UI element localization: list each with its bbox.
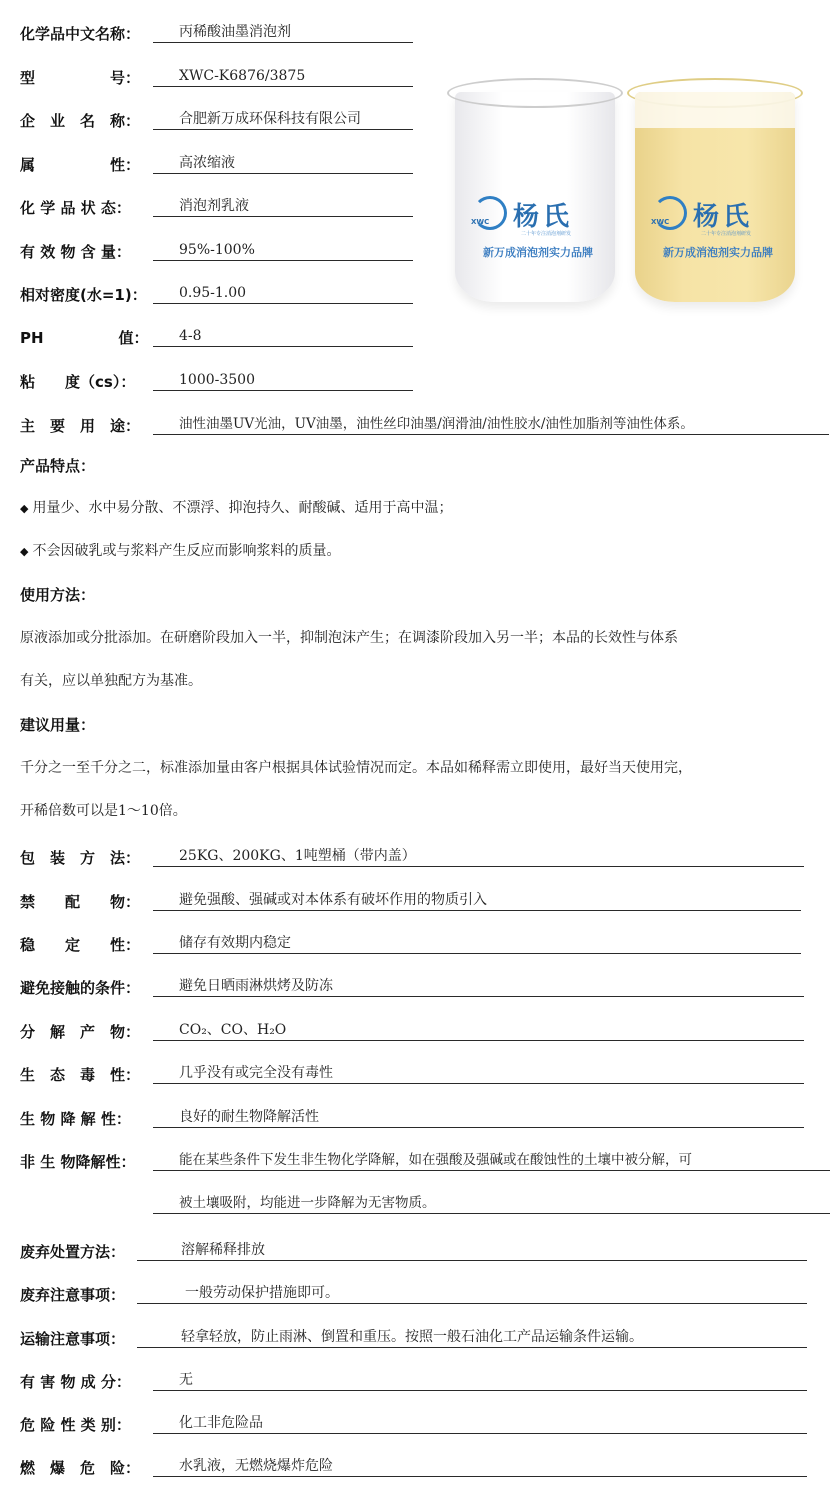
spec-label: 有 效 物 含 量： — [20, 242, 131, 262]
usage-line: 有关，应以单独配方为基准。 — [20, 670, 202, 690]
spec-value: 丙稀酸油墨消泡剂 — [153, 22, 413, 43]
spec-value: 消泡剂乳液 — [153, 196, 413, 217]
spec-value: 溶解稀释排放 — [137, 1240, 807, 1261]
spec-row-eco-toxicity: 生 态 毒 性： 几乎没有或完全没有毒性 — [20, 1055, 140, 1085]
dosage-line: 千分之一至千分之二，标准添加量由客户根据具体试验情况而定。本品如稀释需立即使用，… — [20, 757, 692, 777]
spec-value: 0.95-1.00 — [153, 283, 413, 304]
spec-row-disposal-notes: 废弃注意事项： 一般劳动保护措施即可。 — [20, 1275, 125, 1305]
spec-label: 废弃注意事项： — [20, 1285, 125, 1305]
usage-line: 原液添加或分批添加。在研磨阶段加入一半，抑制泡沫产生；在调漆阶段加入另一半；本品… — [20, 627, 678, 647]
dosage-heading: 建议用量： — [20, 714, 95, 735]
product-image: XWC 杨氏 二十年专注消泡剂研发 新万成消泡剂实力品牌 XWC 杨氏 二十年专… — [445, 70, 815, 320]
spec-label: 运输注意事项： — [20, 1329, 125, 1349]
spec-label: PH 值： — [20, 328, 149, 348]
spec-row-hazardous-components: 有 害 物 成 分： 无 — [20, 1362, 131, 1392]
spec-value: 油性油墨UV光油，UV油墨，油性丝印油墨/润滑油/油性胶水/油性加脂剂等油性体系… — [153, 414, 829, 435]
brand-name: 杨氏 — [693, 196, 753, 233]
logo-text: XWC — [651, 218, 669, 226]
spec-label: 主 要 用 途： — [20, 416, 140, 436]
spec-value: 一般劳动保护措施即可。 — [137, 1283, 807, 1304]
brand-name: 杨氏 — [513, 196, 573, 233]
brand-tagline: 二十年专注消泡剂研发 — [521, 230, 571, 237]
spec-value: 避免日晒雨淋烘烤及防冻 — [153, 976, 804, 997]
feature-item: 不会因破乳或与浆料产生反应而影响浆料的质量。 — [20, 540, 340, 560]
spec-value: 化工非危险品 — [153, 1413, 807, 1434]
spec-label: 危 险 性 类 别： — [20, 1415, 131, 1435]
spec-label: 废弃处置方法： — [20, 1242, 125, 1262]
dosage-line: 开稀倍数可以是1～10倍。 — [20, 800, 187, 820]
spec-row-model: 型 号： XWC-K6876/3875 — [20, 58, 140, 88]
beaker-rim — [447, 78, 623, 108]
spec-row-viscosity: 粘 度（cs）： 1000-3500 — [20, 362, 135, 392]
spec-label: 属 性： — [20, 155, 140, 175]
spec-row-non-biodegradability: 非 生 物降解性： 能在某些条件下发生非生物化学降解，如在强酸及强碱或在酸蚀性的… — [20, 1142, 135, 1172]
spec-label: 包 装 方 法： — [20, 848, 140, 868]
spec-row-company: 企 业 名 称： 合肥新万成环保科技有限公司 — [20, 101, 140, 131]
spec-row-avoid-conditions: 避免接触的条件： 避免日晒雨淋烘烤及防冻 — [20, 968, 140, 998]
brand-slogan: 新万成消泡剂实力品牌 — [471, 244, 605, 260]
spec-label: 生 态 毒 性： — [20, 1065, 140, 1085]
spec-label: 禁 配 物： — [20, 892, 140, 912]
spec-label: 相对密度(水=1)： — [20, 285, 147, 305]
features-heading: 产品特点： — [20, 455, 95, 476]
spec-label: 避免接触的条件： — [20, 978, 140, 998]
spec-row-ph: PH 值： 4-8 — [20, 318, 149, 348]
spec-row-main-use: 主 要 用 途： 油性油墨UV光油，UV油墨，油性丝印油墨/润滑油/油性胶水/油… — [20, 406, 140, 436]
spec-value: 25KG、200KG、1吨塑桶（带内盖） — [153, 846, 804, 867]
spec-value: 避免强酸、强碱或对本体系有破坏作用的物质引入 — [153, 890, 801, 911]
spec-row-fire-explosion: 燃 爆 危 险： 水乳液，无燃烧爆炸危险 — [20, 1448, 140, 1478]
brand-slogan: 新万成消泡剂实力品牌 — [651, 244, 785, 260]
brand-tagline: 二十年专注消泡剂研发 — [701, 230, 751, 237]
spec-row-biodegradability: 生 物 降 解 性： 良好的耐生物降解活性 — [20, 1099, 131, 1129]
spec-value: 合肥新万成环保科技有限公司 — [153, 109, 413, 130]
spec-value: 4-8 — [153, 326, 413, 347]
spec-row-packaging: 包 装 方 法： 25KG、200KG、1吨塑桶（带内盖） — [20, 838, 140, 868]
spec-value: 1000-3500 — [153, 370, 413, 391]
spec-value: XWC-K6876/3875 — [153, 66, 413, 87]
spec-row-stability: 稳 定 性： 储存有效期内稳定 — [20, 925, 140, 955]
spec-value: 良好的耐生物降解活性 — [153, 1107, 804, 1128]
spec-value: 几乎没有或完全没有毒性 — [153, 1063, 804, 1084]
spec-row-active-content: 有 效 物 含 量： 95%-100% — [20, 232, 131, 262]
usage-heading: 使用方法： — [20, 584, 95, 605]
spec-label: 分 解 产 物： — [20, 1022, 140, 1042]
beaker-empty-top — [635, 92, 795, 128]
spec-row-incompatible: 禁 配 物： 避免强酸、强碱或对本体系有破坏作用的物质引入 — [20, 882, 140, 912]
feature-item: 用量少、水中易分散、不漂浮、抑泡持久、耐酸碱、适用于高中温； — [20, 497, 452, 517]
spec-value: 高浓缩液 — [153, 153, 413, 174]
beaker-yellow: XWC 杨氏 二十年专注消泡剂研发 新万成消泡剂实力品牌 — [635, 92, 795, 302]
spec-label: 粘 度（cs）： — [20, 372, 135, 392]
spec-row-hazard-class: 危 险 性 类 别： 化工非危险品 — [20, 1405, 131, 1435]
spec-row-decomposition: 分 解 产 物： CO₂、CO、H₂O — [20, 1012, 140, 1042]
spec-row-density: 相对密度(水=1)： 0.95-1.00 — [20, 275, 147, 305]
spec-row-property: 属 性： 高浓缩液 — [20, 145, 140, 175]
spec-label: 生 物 降 解 性： — [20, 1109, 131, 1129]
spec-label: 燃 爆 危 险： — [20, 1458, 140, 1478]
spec-value: 能在某些条件下发生非生物化学降解，如在强酸及强碱或在酸蚀性的土壤中被分解，可 — [153, 1150, 830, 1171]
spec-value: 水乳液，无燃烧爆炸危险 — [153, 1456, 807, 1477]
beaker-white: XWC 杨氏 二十年专注消泡剂研发 新万成消泡剂实力品牌 — [455, 92, 615, 302]
spec-label: 型 号： — [20, 68, 140, 88]
spec-row-state: 化 学 品 状 态： 消泡剂乳液 — [20, 188, 131, 218]
spec-row-transport-notes: 运输注意事项： 轻拿轻放，防止雨淋、倒置和重压。按照一般石油化工产品运输条件运输… — [20, 1319, 125, 1349]
spec-label: 化学品中文名称： — [20, 24, 140, 44]
spec-label: 企 业 名 称： — [20, 111, 140, 131]
spec-label: 化 学 品 状 态： — [20, 198, 131, 218]
spec-row-chinese-name: 化学品中文名称： 丙稀酸油墨消泡剂 — [20, 14, 140, 44]
spec-value: 无 — [153, 1370, 807, 1391]
spec-value: 95%-100% — [153, 240, 413, 261]
logo-text: XWC — [471, 218, 489, 226]
spec-value: 储存有效期内稳定 — [153, 933, 801, 954]
spec-label: 非 生 物降解性： — [20, 1152, 135, 1172]
spec-value: 被土壤吸附，均能进一步降解为无害物质。 — [153, 1193, 830, 1214]
spec-label: 稳 定 性： — [20, 935, 140, 955]
spec-row-disposal-method: 废弃处置方法： 溶解稀释排放 — [20, 1232, 125, 1262]
spec-value: CO₂、CO、H₂O — [153, 1020, 804, 1041]
spec-value: 轻拿轻放，防止雨淋、倒置和重压。按照一般石油化工产品运输条件运输。 — [137, 1327, 807, 1348]
spec-label: 有 害 物 成 分： — [20, 1372, 131, 1392]
